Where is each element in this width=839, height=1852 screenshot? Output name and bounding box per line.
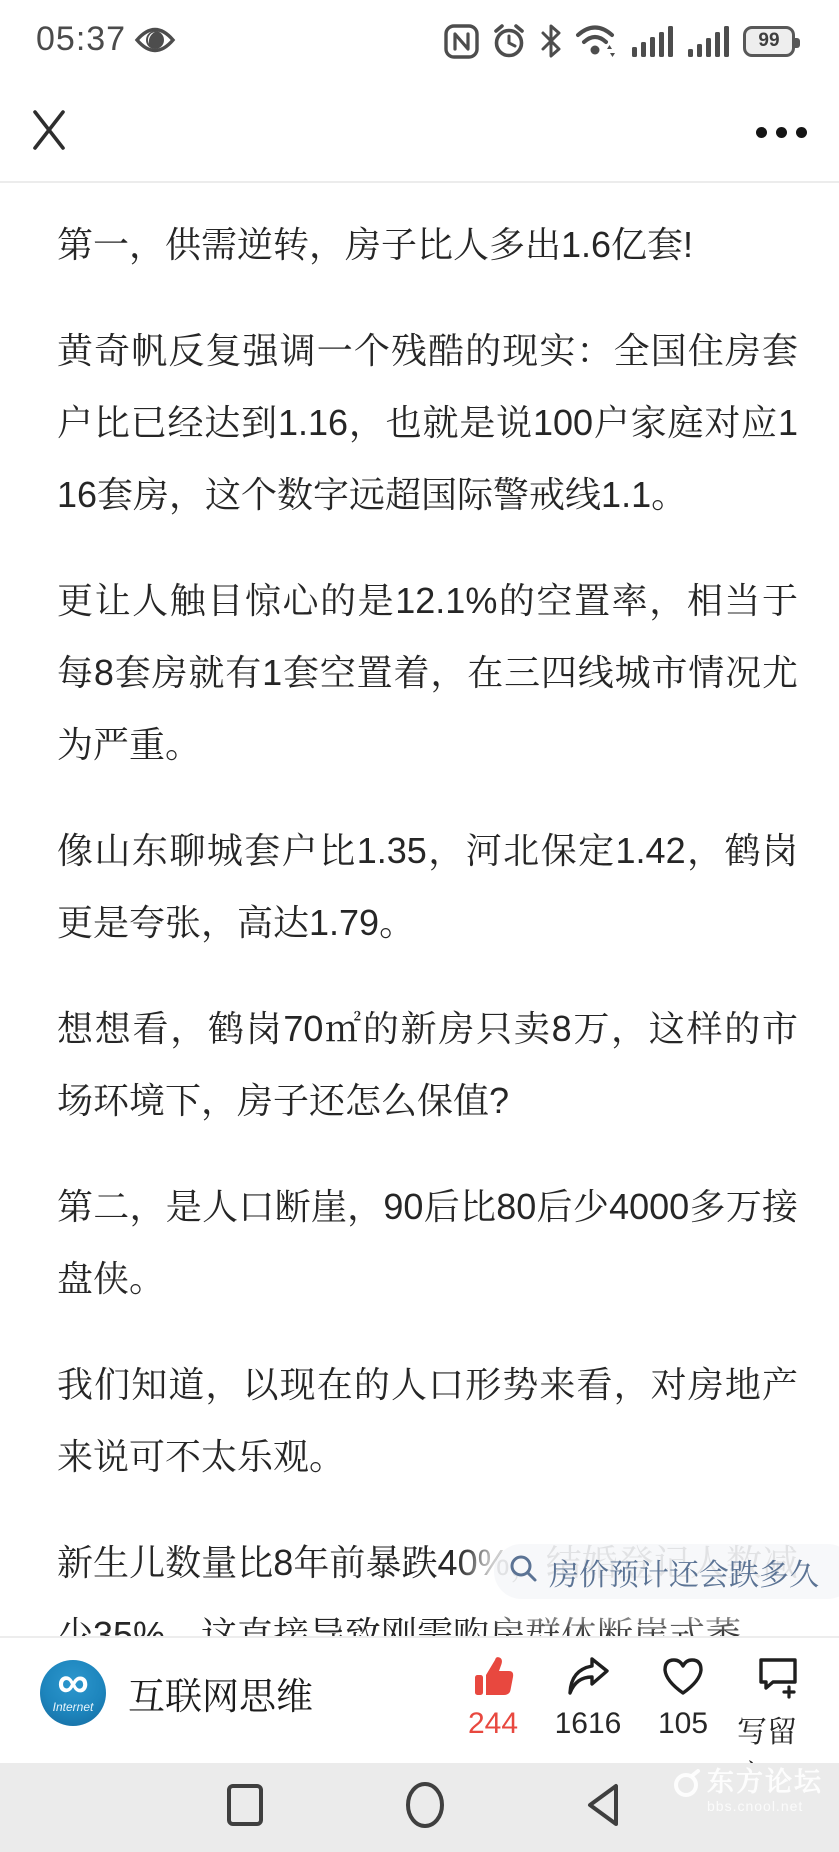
status-left: 05:37 bbox=[36, 20, 176, 59]
article-paragraph: 想想看，鹤岗70㎡的新房只卖8万，这样的市场环境下，房子还怎么保值? bbox=[57, 993, 798, 1137]
signal-sim2-icon bbox=[687, 23, 732, 59]
header-bar bbox=[0, 80, 839, 183]
watermark-logo-icon bbox=[671, 1769, 701, 1806]
article-paragraph: 我们知道，以现在的人口形势来看，对房地产来说可不太乐观。 bbox=[57, 1349, 798, 1493]
three-dots-icon bbox=[756, 127, 767, 138]
watermark: 东方论坛 bbs.cnool.net bbox=[671, 1769, 823, 1813]
status-right: 99 bbox=[444, 22, 795, 60]
like-count: 244 bbox=[468, 1707, 518, 1741]
article-paragraph: 黄奇帆反复强调一个残酷的现实：全国住房套户比已经达到1.16，也就是说100户家… bbox=[57, 315, 798, 531]
watermark-name: 东方论坛 bbox=[707, 1769, 823, 1796]
search-suggestion-pill[interactable]: 房价预计还会跌多久 bbox=[494, 1544, 839, 1599]
battery-icon: 99 bbox=[743, 26, 795, 57]
battery-percent: 99 bbox=[758, 30, 779, 52]
article-paragraph: 像山东聊城套户比1.35，河北保定1.42，鹤岗更是夸张，高达1.79。 bbox=[57, 815, 798, 959]
recents-square-icon bbox=[225, 1782, 265, 1833]
thumb-up-icon bbox=[468, 1650, 518, 1702]
watermark-domain: bbs.cnool.net bbox=[707, 1799, 823, 1813]
comment-bubble-icon bbox=[753, 1650, 803, 1702]
android-nav-bar: 东方论坛 bbs.cnool.net bbox=[0, 1763, 839, 1852]
home-button[interactable] bbox=[380, 1763, 470, 1852]
author-name: 互联网思维 bbox=[128, 1666, 313, 1720]
eye-comfort-icon bbox=[134, 23, 176, 57]
author-profile[interactable]: ∞ Internet 互联网思维 bbox=[40, 1660, 313, 1726]
article-paragraph: 第二，是人口断崖，90后比80后少4000多万接盘侠。 bbox=[57, 1171, 798, 1315]
share-arrow-icon bbox=[563, 1650, 613, 1702]
bottom-action-bar: ∞ Internet 互联网思维 244 bbox=[0, 1636, 839, 1763]
article-paragraph: 第一，供需逆转，房子比人多出1.6亿套! bbox=[57, 209, 798, 281]
home-circle-icon bbox=[403, 1779, 447, 1836]
more-options-button[interactable] bbox=[750, 114, 813, 150]
clock: 05:37 bbox=[36, 20, 126, 59]
back-triangle-icon bbox=[583, 1780, 627, 1835]
avatar: ∞ Internet bbox=[40, 1660, 106, 1726]
article-body: 第一，供需逆转，房子比人多出1.6亿套! 黄奇帆反复强调一个残酷的现实：全国住房… bbox=[0, 185, 839, 1852]
recents-button[interactable] bbox=[200, 1763, 290, 1852]
alarm-icon bbox=[490, 22, 528, 60]
bluetooth-icon bbox=[539, 23, 563, 59]
nfc-icon bbox=[444, 24, 479, 59]
status-bar: 05:37 bbox=[0, 0, 839, 80]
share-count: 1616 bbox=[555, 1707, 622, 1741]
article-reader-screen: 05:37 bbox=[0, 0, 839, 1852]
infinity-symbol: ∞ bbox=[57, 1666, 88, 1700]
search-suggestion-text: 房价预计还会跌多久 bbox=[549, 1550, 819, 1594]
signal-sim1-icon bbox=[631, 23, 676, 59]
wifi-icon bbox=[574, 23, 620, 59]
back-button[interactable] bbox=[560, 1763, 650, 1852]
heart-icon bbox=[658, 1650, 708, 1702]
close-button[interactable] bbox=[26, 106, 72, 158]
avatar-caption: Internet bbox=[53, 1700, 94, 1714]
favorite-count: 105 bbox=[658, 1707, 708, 1741]
search-icon bbox=[508, 1553, 538, 1591]
article-paragraph: 更让人触目惊心的是12.1%的空置率，相当于每8套房就有1套空置着，在三四线城市… bbox=[57, 565, 798, 781]
close-icon bbox=[29, 106, 69, 159]
